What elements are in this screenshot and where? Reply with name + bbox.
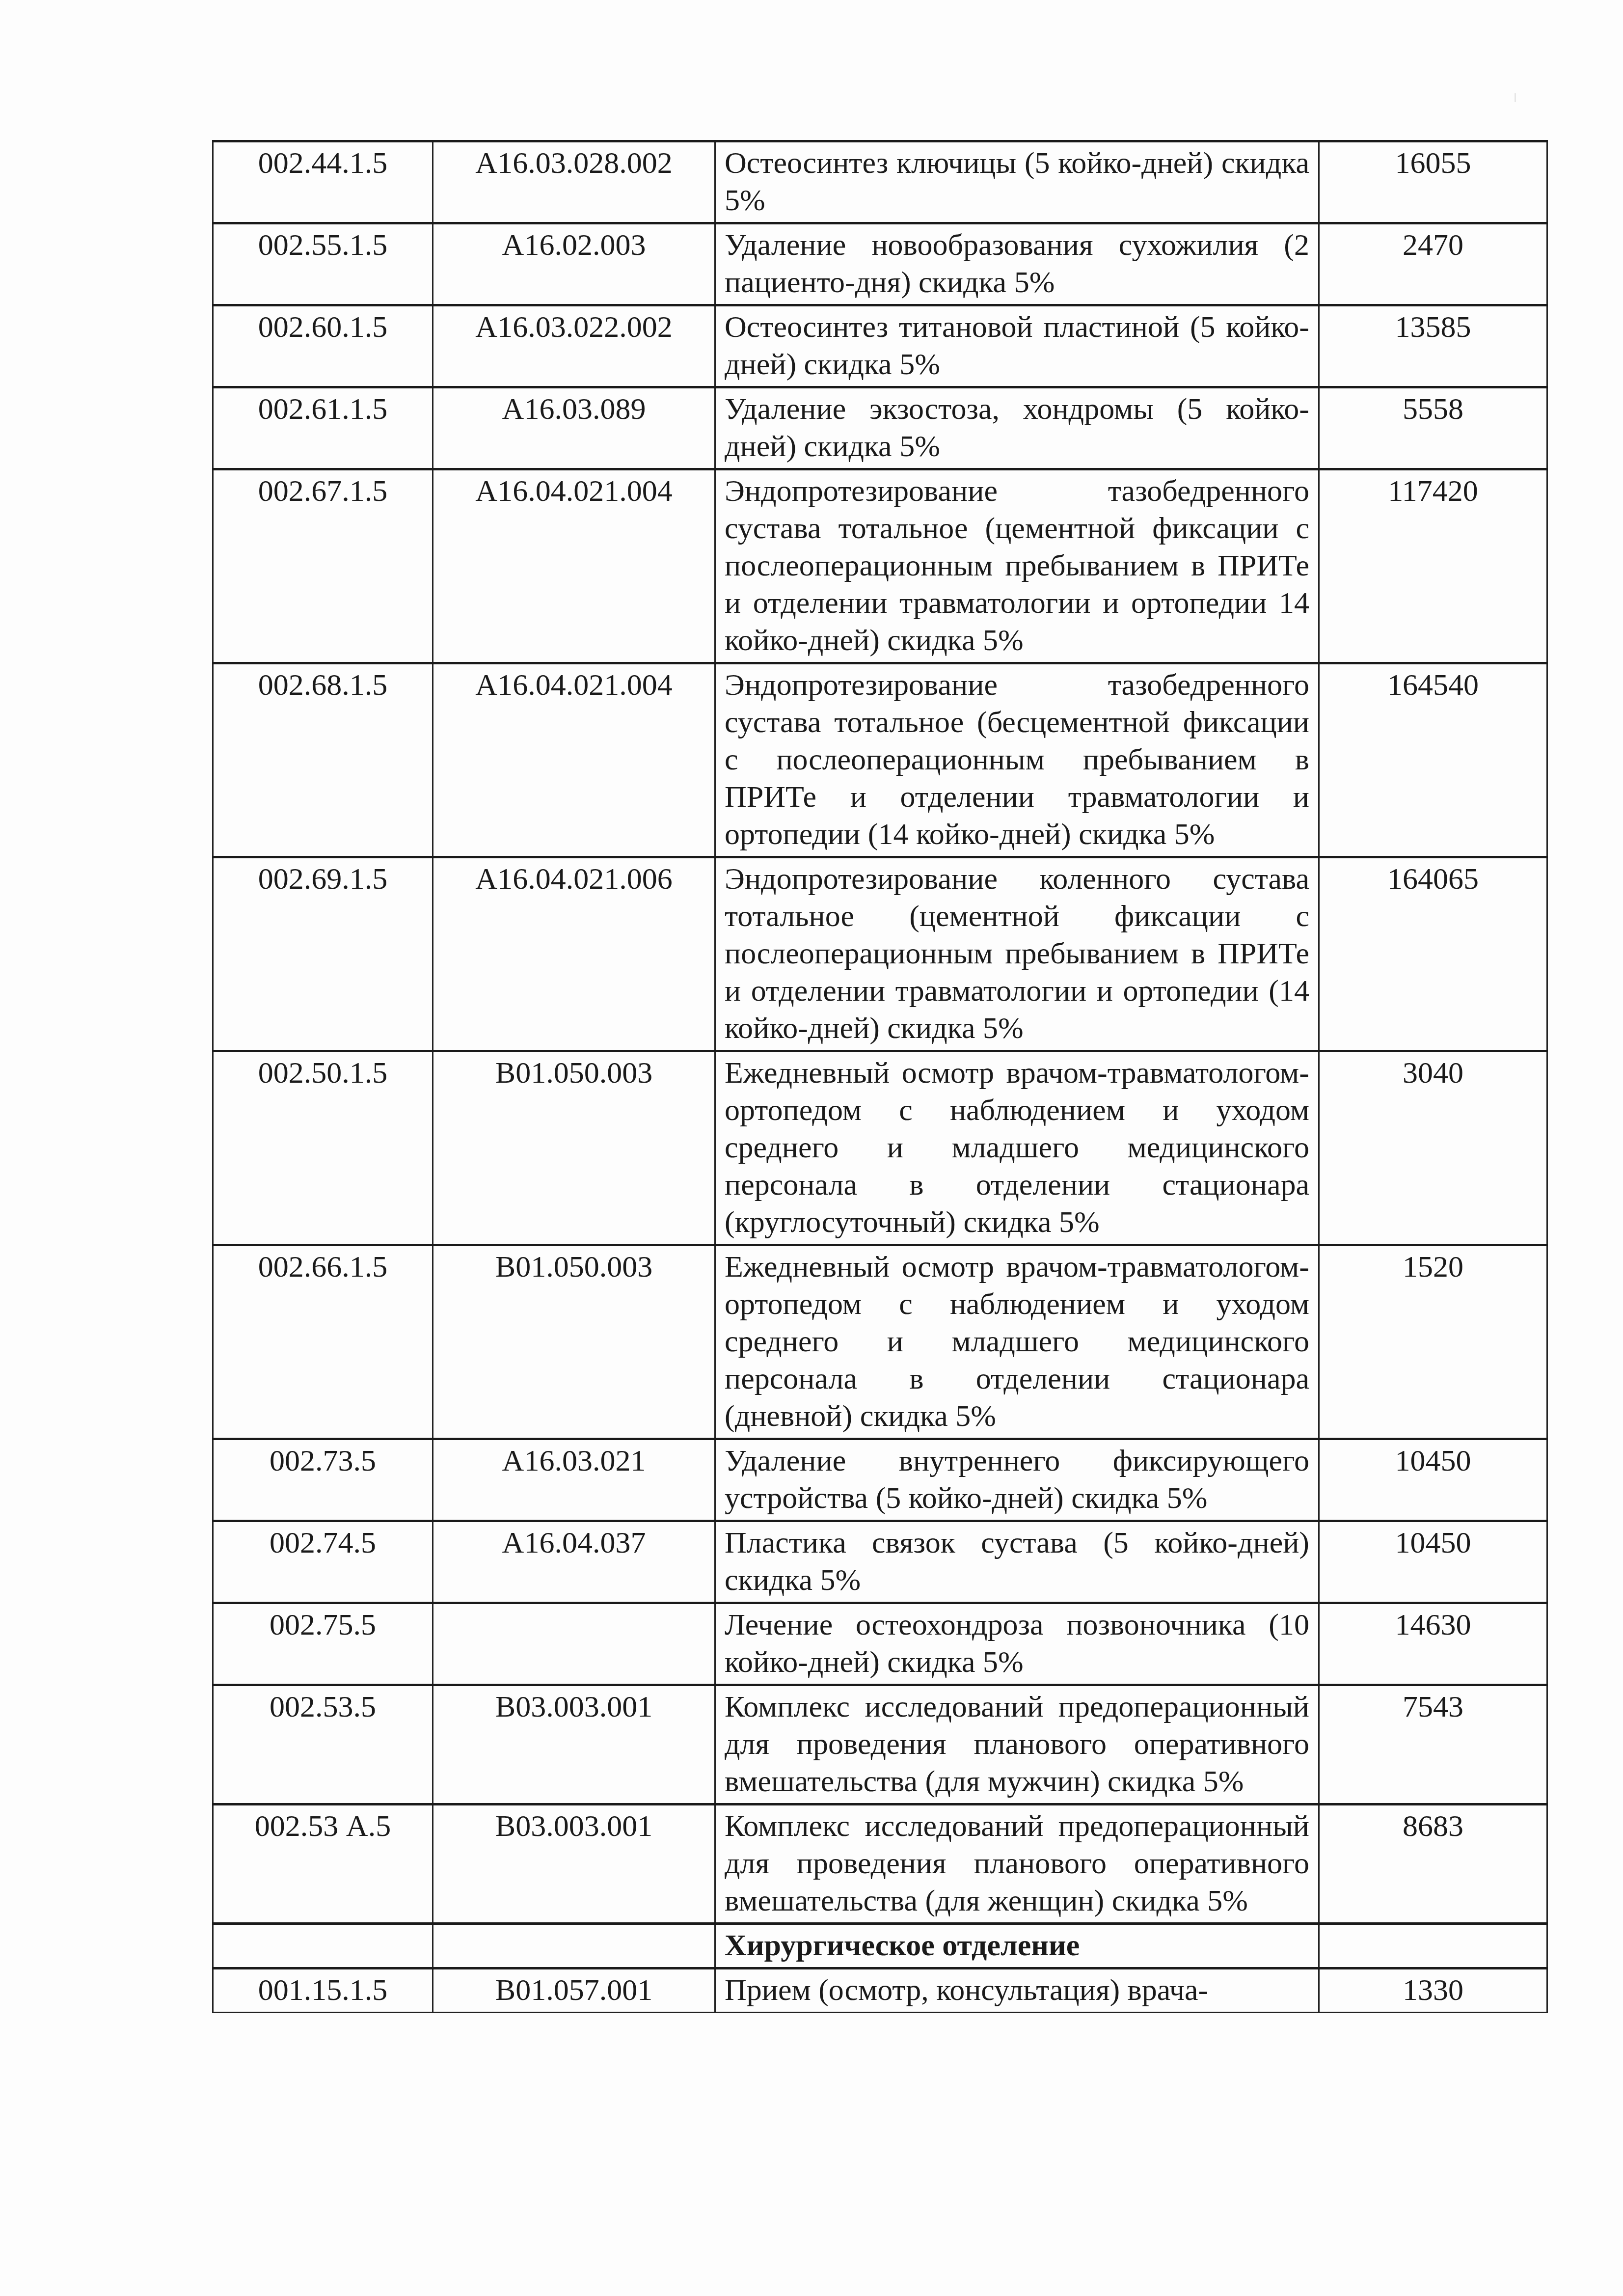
service-description: Остеосинтез титановой пластиной (5 койко… — [715, 305, 1319, 387]
price-list-table: 002.44.1.5 A16.03.028.002 Остеосинтез кл… — [212, 140, 1548, 2013]
service-price: 117420 — [1319, 469, 1547, 663]
nomenclature-code: A16.03.022.002 — [433, 305, 715, 387]
nomenclature-code: B01.050.003 — [433, 1051, 715, 1245]
table-row: 002.69.1.5 A16.04.021.006 Эндопротезиров… — [213, 857, 1547, 1051]
service-price: 164065 — [1319, 857, 1547, 1051]
nomenclature-code — [433, 1603, 715, 1685]
table-row: 002.55.1.5 A16.02.003 Удаление новообраз… — [213, 223, 1547, 305]
service-price: 5558 — [1319, 387, 1547, 469]
table-row: 002.53.5 B03.003.001 Комплекс исследован… — [213, 1685, 1547, 1804]
nomenclature-code: A16.04.021.004 — [433, 469, 715, 663]
service-description: Ежедневный осмотр врачом-травматологом-о… — [715, 1051, 1319, 1245]
section-title: Хирургическое отделение — [715, 1924, 1319, 1968]
nomenclature-code: A16.03.021 — [433, 1439, 715, 1521]
service-code: 002.67.1.5 — [213, 469, 433, 663]
table-row: 002.60.1.5 A16.03.022.002 Остеосинтез ти… — [213, 305, 1547, 387]
document-page: 002.44.1.5 A16.03.028.002 Остеосинтез кл… — [0, 0, 1623, 2296]
service-price: 13585 — [1319, 305, 1547, 387]
service-price: 10450 — [1319, 1439, 1547, 1521]
table-row: 002.75.5 Лечение остеохондроза позвоночн… — [213, 1603, 1547, 1685]
service-code: 002.44.1.5 — [213, 141, 433, 223]
nomenclature-code: A16.03.089 — [433, 387, 715, 469]
nomenclature-code: B03.003.001 — [433, 1804, 715, 1924]
table-row: 002.61.1.5 A16.03.089 Удаление экзостоза… — [213, 387, 1547, 469]
nomenclature-code: A16.04.037 — [433, 1521, 715, 1603]
service-code: 002.60.1.5 — [213, 305, 433, 387]
service-price: 1520 — [1319, 1245, 1547, 1439]
nomenclature-code: A16.04.021.006 — [433, 857, 715, 1051]
service-description: Прием (осмотр, консультация) врача- — [715, 1968, 1319, 2013]
service-code: 002.75.5 — [213, 1603, 433, 1685]
service-description: Эндопротезирование коленного сустава тот… — [715, 857, 1319, 1051]
table-row: 002.66.1.5 B01.050.003 Ежедневный осмотр… — [213, 1245, 1547, 1439]
nomenclature-code: A16.04.021.004 — [433, 663, 715, 857]
service-description: Пластика связок сустава (5 койко-дней) с… — [715, 1521, 1319, 1603]
service-description: Удаление новообразования сухожилия (2 па… — [715, 223, 1319, 305]
table-row: 002.50.1.5 B01.050.003 Ежедневный осмотр… — [213, 1051, 1547, 1245]
table-row: 002.53 А.5 B03.003.001 Комплекс исследов… — [213, 1804, 1547, 1924]
nomenclature-code: B03.003.001 — [433, 1685, 715, 1804]
service-code: 001.15.1.5 — [213, 1968, 433, 2013]
service-description: Остеосинтез ключицы (5 койко-дней) скидк… — [715, 141, 1319, 223]
service-description: Лечение остеохондроза позвоночника (10 к… — [715, 1603, 1319, 1685]
service-description: Удаление внутреннего фиксирующего устрой… — [715, 1439, 1319, 1521]
service-code: 002.69.1.5 — [213, 857, 433, 1051]
nomenclature-code: B01.050.003 — [433, 1245, 715, 1439]
service-price: 164540 — [1319, 663, 1547, 857]
service-price: 16055 — [1319, 141, 1547, 223]
service-price: 8683 — [1319, 1804, 1547, 1924]
service-code: 002.73.5 — [213, 1439, 433, 1521]
service-code: 002.66.1.5 — [213, 1245, 433, 1439]
service-price: 7543 — [1319, 1685, 1547, 1804]
service-price: 10450 — [1319, 1521, 1547, 1603]
empty-cell — [213, 1924, 433, 1968]
service-price: 1330 — [1319, 1968, 1547, 2013]
service-code: 002.68.1.5 — [213, 663, 433, 857]
nomenclature-code: A16.03.028.002 — [433, 141, 715, 223]
service-price: 2470 — [1319, 223, 1547, 305]
service-code: 002.61.1.5 — [213, 387, 433, 469]
table-row: 002.68.1.5 A16.04.021.004 Эндопротезиров… — [213, 663, 1547, 857]
service-code: 002.55.1.5 — [213, 223, 433, 305]
service-description: Комплекс исследований предоперационный д… — [715, 1804, 1319, 1924]
service-description: Комплекс исследований предоперационный д… — [715, 1685, 1319, 1804]
table-row: 001.15.1.5 B01.057.001 Прием (осмотр, ко… — [213, 1968, 1547, 2013]
service-code: 002.53 А.5 — [213, 1804, 433, 1924]
service-description: Эндопротезирование тазобедренного сустав… — [715, 663, 1319, 857]
nomenclature-code: A16.02.003 — [433, 223, 715, 305]
service-description: Удаление экзостоза, хондромы (5 койко-дн… — [715, 387, 1319, 469]
service-description: Эндопротезирование тазобедренного сустав… — [715, 469, 1319, 663]
table-row: 002.74.5 A16.04.037 Пластика связок суст… — [213, 1521, 1547, 1603]
empty-cell — [433, 1924, 715, 1968]
table-row: 002.67.1.5 A16.04.021.004 Эндопротезиров… — [213, 469, 1547, 663]
table-row: 002.73.5 A16.03.021 Удаление внутреннего… — [213, 1439, 1547, 1521]
service-description: Ежедневный осмотр врачом-травматологом-о… — [715, 1245, 1319, 1439]
section-header-row: Хирургическое отделение — [213, 1924, 1547, 1968]
service-price: 3040 — [1319, 1051, 1547, 1245]
scan-mark — [1515, 93, 1516, 102]
empty-cell — [1319, 1924, 1547, 1968]
service-price: 14630 — [1319, 1603, 1547, 1685]
nomenclature-code: B01.057.001 — [433, 1968, 715, 2013]
service-code: 002.53.5 — [213, 1685, 433, 1804]
table-row: 002.44.1.5 A16.03.028.002 Остеосинтез кл… — [213, 141, 1547, 223]
service-code: 002.74.5 — [213, 1521, 433, 1603]
service-code: 002.50.1.5 — [213, 1051, 433, 1245]
